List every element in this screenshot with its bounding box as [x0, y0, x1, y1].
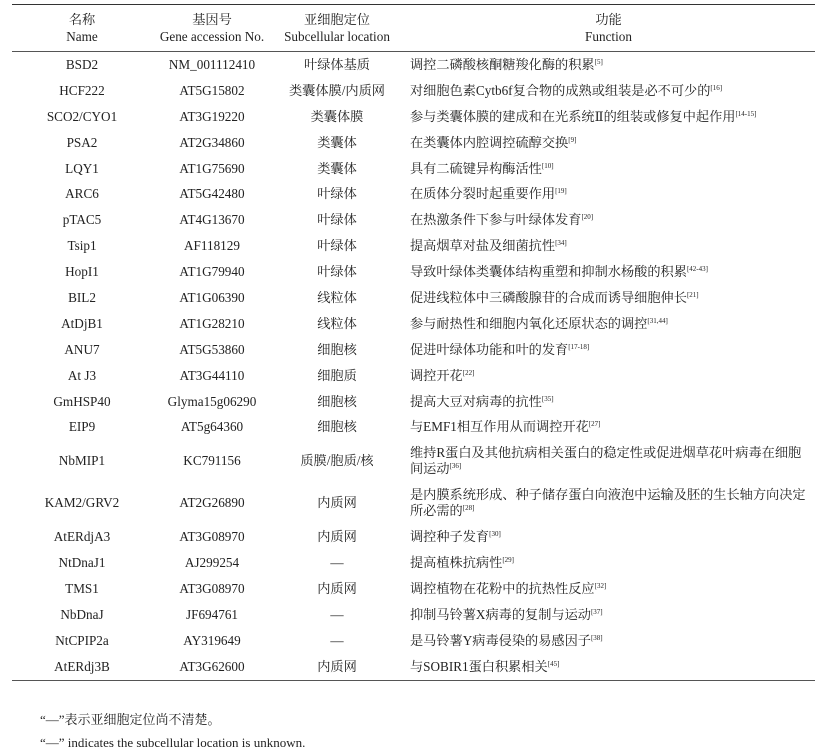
function-text: 在质体分裂时起重要作用: [410, 186, 555, 201]
citation-ref: [28]: [463, 504, 475, 512]
citation-ref: [14-15]: [735, 110, 756, 118]
gene-table-container: 名称Name 基因号Gene accession No. 亚细胞定位Subcel…: [12, 4, 815, 681]
function-text: 是马铃薯Y病毒侵染的易感因子: [410, 633, 591, 648]
table-row: LQY1AT1G75690类囊体具有二硫键异构酶活性[10]: [12, 156, 815, 182]
table-row: Tsip1AF118129叶绿体提高烟草对盐及细菌抗性[34]: [12, 233, 815, 259]
table-notes: “—”表示亚细胞定位尚不清楚。 “—” indicates the subcel…: [40, 708, 305, 751]
subcellular-location-cell: —: [272, 628, 402, 654]
function-cell: 参与耐热性和细胞内氧化还原状态的调控[31,44]: [402, 311, 815, 337]
function-cell: 在类囊体内腔调控硫醇交换[9]: [402, 130, 815, 156]
function-text: 调控二磷酸核酮糖羧化酶的积累: [410, 57, 595, 72]
function-text: 与SOBIR1蛋白积累相关: [410, 659, 548, 674]
function-text: 参与耐热性和细胞内氧化还原状态的调控: [410, 316, 647, 331]
table-row: AtERdjA3AT3G08970内质网调控种子发育[30]: [12, 524, 815, 550]
function-text: 维持R蛋白及其他抗病相关蛋白的稳定性或促进烟草花叶病毒在细胞间运动: [410, 445, 801, 476]
function-cell: 导致叶绿体类囊体结构重塑和抑制水杨酸的积累[42-43]: [402, 259, 815, 285]
table-row: NtDnaJ1AJ299254—提高植株抗病性[29]: [12, 550, 815, 576]
gene-accession-cell: AT3G19220: [152, 104, 272, 130]
gene-name-cell: KAM2/GRV2: [12, 482, 152, 524]
function-text: 调控开花: [410, 368, 463, 383]
gene-name-cell: HCF222: [12, 78, 152, 104]
table-header: 名称Name 基因号Gene accession No. 亚细胞定位Subcel…: [12, 5, 815, 52]
subcellular-location-cell: —: [272, 550, 402, 576]
subcellular-location-cell: 细胞质: [272, 363, 402, 389]
gene-name-cell: SCO2/CYO1: [12, 104, 152, 130]
subcellular-location-cell: 叶绿体: [272, 181, 402, 207]
gene-accession-cell: AT5G53860: [152, 337, 272, 363]
note-zh: “—”表示亚细胞定位尚不清楚。: [40, 708, 305, 731]
gene-name-cell: Tsip1: [12, 233, 152, 259]
gene-name-cell: LQY1: [12, 156, 152, 182]
gene-accession-cell: Glyma15g06290: [152, 389, 272, 415]
gene-accession-cell: AT5G42480: [152, 181, 272, 207]
citation-ref: [29]: [502, 556, 514, 564]
table-row: HopI1AT1G79940叶绿体导致叶绿体类囊体结构重塑和抑制水杨酸的积累[4…: [12, 259, 815, 285]
function-cell: 维持R蛋白及其他抗病相关蛋白的稳定性或促进烟草花叶病毒在细胞间运动[36]: [402, 440, 815, 482]
subcellular-location-cell: 线粒体: [272, 311, 402, 337]
subcellular-location-cell: 类囊体: [272, 156, 402, 182]
gene-name-cell: ARC6: [12, 181, 152, 207]
subcellular-location-cell: 叶绿体: [272, 233, 402, 259]
gene-accession-cell: AT3G62600: [152, 654, 272, 680]
table-row: TMS1AT3G08970内质网调控植物在花粉中的抗热性反应[32]: [12, 576, 815, 602]
subcellular-location-cell: 细胞核: [272, 389, 402, 415]
table-row: ARC6AT5G42480叶绿体在质体分裂时起重要作用[19]: [12, 181, 815, 207]
subcellular-location-cell: 线粒体: [272, 285, 402, 311]
function-text: 在热激条件下参与叶绿体发育: [410, 212, 581, 227]
gene-accession-cell: AT3G08970: [152, 524, 272, 550]
subcellular-location-cell: 细胞核: [272, 414, 402, 440]
function-cell: 调控植物在花粉中的抗热性反应[32]: [402, 576, 815, 602]
citation-ref: [17-18]: [568, 343, 589, 351]
subcellular-location-cell: 细胞核: [272, 337, 402, 363]
gene-accession-cell: AT4G13670: [152, 207, 272, 233]
gene-name-cell: AtERdjA3: [12, 524, 152, 550]
header-function: 功能Function: [402, 5, 815, 52]
function-cell: 是内膜系统形成、种子储存蛋白向液泡中运输及胚的生长轴方向决定所必需的[28]: [402, 482, 815, 524]
subcellular-location-cell: 内质网: [272, 654, 402, 680]
function-text: 参与类囊体膜的建成和在光系统Ⅱ的组装或修复中起作用: [410, 109, 735, 124]
subcellular-location-cell: 质膜/胞质/核: [272, 440, 402, 482]
gene-name-cell: NbMIP1: [12, 440, 152, 482]
citation-ref: [10]: [542, 162, 554, 170]
table-row: NtCPIP2aAY319649—是马铃薯Y病毒侵染的易感因子[38]: [12, 628, 815, 654]
gene-accession-cell: NM_001112410: [152, 52, 272, 78]
function-text: 具有二硫键异构酶活性: [410, 161, 542, 176]
citation-ref: [38]: [591, 634, 603, 642]
table-row: AtDjB1AT1G28210线粒体参与耐热性和细胞内氧化还原状态的调控[31,…: [12, 311, 815, 337]
citation-ref: [34]: [555, 239, 567, 247]
gene-function-table: 名称Name 基因号Gene accession No. 亚细胞定位Subcel…: [12, 4, 815, 681]
table-body: BSD2NM_001112410叶绿体基质调控二磷酸核酮糖羧化酶的积累[5]HC…: [12, 52, 815, 681]
function-text: 促进线粒体中三磷酸腺苷的合成而诱导细胞伸长: [410, 290, 687, 305]
table-row: GmHSP40Glyma15g06290细胞核提高大豆对病毒的抗性[35]: [12, 389, 815, 415]
gene-name-cell: NtDnaJ1: [12, 550, 152, 576]
gene-name-cell: ANU7: [12, 337, 152, 363]
gene-name-cell: NtCPIP2a: [12, 628, 152, 654]
function-cell: 是马铃薯Y病毒侵染的易感因子[38]: [402, 628, 815, 654]
function-cell: 参与类囊体膜的建成和在光系统Ⅱ的组装或修复中起作用[14-15]: [402, 104, 815, 130]
gene-accession-cell: AT5G15802: [152, 78, 272, 104]
function-cell: 促进线粒体中三磷酸腺苷的合成而诱导细胞伸长[21]: [402, 285, 815, 311]
subcellular-location-cell: 类囊体膜/内质网: [272, 78, 402, 104]
subcellular-location-cell: 类囊体: [272, 130, 402, 156]
gene-accession-cell: AF118129: [152, 233, 272, 259]
function-text: 促进叶绿体功能和叶的发育: [410, 342, 568, 357]
function-text: 提高植株抗病性: [410, 555, 502, 570]
gene-accession-cell: KC791156: [152, 440, 272, 482]
citation-ref: [16]: [710, 84, 722, 92]
gene-name-cell: HopI1: [12, 259, 152, 285]
subcellular-location-cell: 内质网: [272, 482, 402, 524]
function-text: 抑制马铃薯X病毒的复制与运动: [410, 607, 591, 622]
function-cell: 与SOBIR1蛋白积累相关[45]: [402, 654, 815, 680]
gene-accession-cell: AT3G08970: [152, 576, 272, 602]
gene-accession-cell: AT5g64360: [152, 414, 272, 440]
table-row: BSD2NM_001112410叶绿体基质调控二磷酸核酮糖羧化酶的积累[5]: [12, 52, 815, 78]
function-text: 对细胞色素Cytb6f复合物的成熟或组装是必不可少的: [410, 83, 710, 98]
citation-ref: [31,44]: [647, 317, 667, 325]
function-cell: 与EMF1相互作用从而调控开花[27]: [402, 414, 815, 440]
table-row: KAM2/GRV2AT2G26890内质网是内膜系统形成、种子储存蛋白向液泡中运…: [12, 482, 815, 524]
function-cell: 抑制马铃薯X病毒的复制与运动[37]: [402, 602, 815, 628]
gene-name-cell: At J3: [12, 363, 152, 389]
function-cell: 具有二硫键异构酶活性[10]: [402, 156, 815, 182]
citation-ref: [20]: [581, 213, 593, 221]
gene-name-cell: BIL2: [12, 285, 152, 311]
subcellular-location-cell: 叶绿体基质: [272, 52, 402, 78]
note-en: “—” indicates the subcellular location i…: [40, 731, 305, 751]
gene-name-cell: AtDjB1: [12, 311, 152, 337]
citation-ref: [27]: [589, 420, 601, 428]
header-subcellular-location: 亚细胞定位Subcellular location: [272, 5, 402, 52]
citation-ref: [9]: [568, 136, 576, 144]
table-row: ANU7AT5G53860细胞核促进叶绿体功能和叶的发育[17-18]: [12, 337, 815, 363]
subcellular-location-cell: —: [272, 602, 402, 628]
citation-ref: [42-43]: [687, 265, 708, 273]
function-text: 调控种子发育: [410, 529, 489, 544]
gene-name-cell: pTAC5: [12, 207, 152, 233]
citation-ref: [36]: [450, 462, 462, 470]
table-row: AtERdj3BAT3G62600内质网与SOBIR1蛋白积累相关[45]: [12, 654, 815, 680]
gene-name-cell: TMS1: [12, 576, 152, 602]
function-cell: 提高植株抗病性[29]: [402, 550, 815, 576]
citation-ref: [37]: [591, 608, 603, 616]
subcellular-location-cell: 类囊体膜: [272, 104, 402, 130]
function-cell: 调控种子发育[30]: [402, 524, 815, 550]
gene-accession-cell: AT1G75690: [152, 156, 272, 182]
subcellular-location-cell: 叶绿体: [272, 259, 402, 285]
function-text: 导致叶绿体类囊体结构重塑和抑制水杨酸的积累: [410, 264, 687, 279]
citation-ref: [30]: [489, 530, 501, 538]
gene-name-cell: EIP9: [12, 414, 152, 440]
citation-ref: [35]: [542, 395, 554, 403]
table-row: SCO2/CYO1AT3G19220类囊体膜参与类囊体膜的建成和在光系统Ⅱ的组装…: [12, 104, 815, 130]
header-name: 名称Name: [12, 5, 152, 52]
citation-ref: [22]: [463, 369, 475, 377]
function-cell: 在热激条件下参与叶绿体发育[20]: [402, 207, 815, 233]
function-text: 调控植物在花粉中的抗热性反应: [410, 581, 595, 596]
citation-ref: [19]: [555, 187, 567, 195]
function-cell: 调控二磷酸核酮糖羧化酶的积累[5]: [402, 52, 815, 78]
function-cell: 对细胞色素Cytb6f复合物的成熟或组装是必不可少的[16]: [402, 78, 815, 104]
gene-name-cell: NbDnaJ: [12, 602, 152, 628]
citation-ref: [45]: [548, 660, 560, 668]
gene-name-cell: PSA2: [12, 130, 152, 156]
gene-name-cell: AtERdj3B: [12, 654, 152, 680]
table-row: HCF222AT5G15802类囊体膜/内质网对细胞色素Cytb6f复合物的成熟…: [12, 78, 815, 104]
subcellular-location-cell: 内质网: [272, 524, 402, 550]
gene-accession-cell: AT2G26890: [152, 482, 272, 524]
function-text: 在类囊体内腔调控硫醇交换: [410, 135, 568, 150]
gene-accession-cell: AJ299254: [152, 550, 272, 576]
citation-ref: [5]: [595, 58, 603, 66]
gene-accession-cell: AT1G06390: [152, 285, 272, 311]
table-row: EIP9AT5g64360细胞核与EMF1相互作用从而调控开花[27]: [12, 414, 815, 440]
table-row: At J3AT3G44110细胞质调控开花[22]: [12, 363, 815, 389]
gene-name-cell: BSD2: [12, 52, 152, 78]
gene-accession-cell: AT1G28210: [152, 311, 272, 337]
function-cell: 提高大豆对病毒的抗性[35]: [402, 389, 815, 415]
function-text: 是内膜系统形成、种子储存蛋白向液泡中运输及胚的生长轴方向决定所必需的: [410, 487, 806, 518]
subcellular-location-cell: 内质网: [272, 576, 402, 602]
table-row: PSA2AT2G34860类囊体在类囊体内腔调控硫醇交换[9]: [12, 130, 815, 156]
table-row: NbDnaJJF694761—抑制马铃薯X病毒的复制与运动[37]: [12, 602, 815, 628]
gene-name-cell: GmHSP40: [12, 389, 152, 415]
gene-accession-cell: JF694761: [152, 602, 272, 628]
header-gene-accession: 基因号Gene accession No.: [152, 5, 272, 52]
citation-ref: [32]: [595, 582, 607, 590]
subcellular-location-cell: 叶绿体: [272, 207, 402, 233]
gene-accession-cell: AT2G34860: [152, 130, 272, 156]
table-row: BIL2AT1G06390线粒体促进线粒体中三磷酸腺苷的合成而诱导细胞伸长[21…: [12, 285, 815, 311]
gene-accession-cell: AT1G79940: [152, 259, 272, 285]
table-row: pTAC5AT4G13670叶绿体在热激条件下参与叶绿体发育[20]: [12, 207, 815, 233]
gene-accession-cell: AT3G44110: [152, 363, 272, 389]
function-cell: 在质体分裂时起重要作用[19]: [402, 181, 815, 207]
function-cell: 调控开花[22]: [402, 363, 815, 389]
function-cell: 促进叶绿体功能和叶的发育[17-18]: [402, 337, 815, 363]
function-text: 提高大豆对病毒的抗性: [410, 394, 542, 409]
citation-ref: [21]: [687, 291, 699, 299]
gene-accession-cell: AY319649: [152, 628, 272, 654]
function-cell: 提高烟草对盐及细菌抗性[34]: [402, 233, 815, 259]
table-row: NbMIP1KC791156质膜/胞质/核维持R蛋白及其他抗病相关蛋白的稳定性或…: [12, 440, 815, 482]
function-text: 与EMF1相互作用从而调控开花: [410, 419, 589, 434]
function-text: 提高烟草对盐及细菌抗性: [410, 238, 555, 253]
